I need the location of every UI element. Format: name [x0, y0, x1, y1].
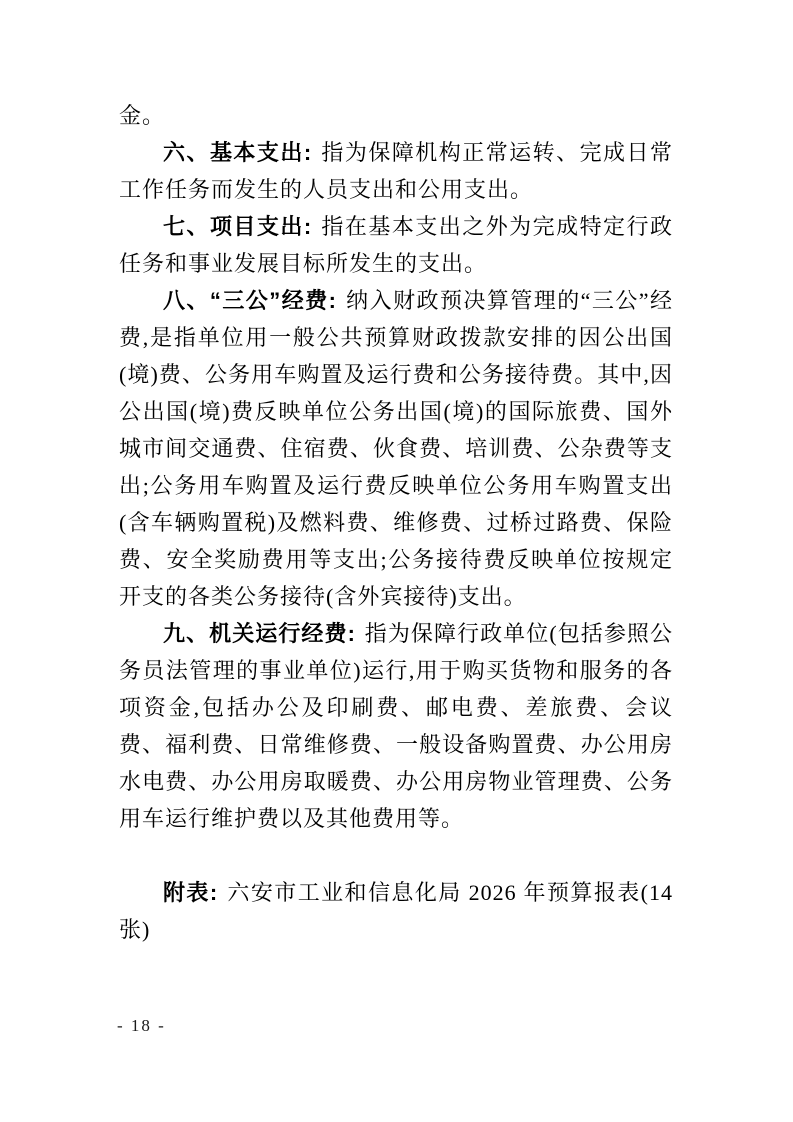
term-project-expenditure: 七、项目支出:	[163, 214, 312, 239]
term-agency-operating-funds: 九、机关运行经费:	[163, 621, 356, 646]
term-three-public-funds: 八、“三公”经费:	[163, 288, 337, 313]
definition-agency-operating-funds: 指为保障行政单位(包括参照公务员法管理的事业单位)运行,用于购买货物和服务的各项…	[119, 621, 673, 831]
attachment-label: 附表:	[163, 880, 218, 905]
paragraph-continuation: 金。	[119, 97, 673, 134]
attachment-note: 附表:六安市工业和信息化局 2026 年预算报表(14 张)	[119, 874, 673, 948]
term-basic-expenditure: 六、基本支出:	[163, 140, 312, 165]
paragraph-agency-operating-funds: 九、机关运行经费:指为保障行政单位(包括参照公务员法管理的事业单位)运行,用于购…	[119, 615, 673, 837]
paragraph-three-public-funds: 八、“三公”经费:纳入财政预决算管理的“三公”经费,是指单位用一般公共预算财政拨…	[119, 282, 673, 615]
paragraph-basic-expenditure: 六、基本支出:指为保障机构正常运转、完成日常工作任务而发生的人员支出和公用支出。	[119, 134, 673, 208]
paragraph-continuation-text: 金。	[119, 103, 165, 128]
page-number: - 18 -	[117, 1013, 166, 1039]
document-page: 金。 六、基本支出:指为保障机构正常运转、完成日常工作任务而发生的人员支出和公用…	[0, 0, 793, 1122]
paragraph-project-expenditure: 七、项目支出:指在基本支出之外为完成特定行政任务和事业发展目标所发生的支出。	[119, 208, 673, 282]
definition-three-public-funds: 纳入财政预决算管理的“三公”经费,是指单位用一般公共预算财政拨款安排的因公出国(…	[119, 288, 673, 609]
document-body: 金。 六、基本支出:指为保障机构正常运转、完成日常工作任务而发生的人员支出和公用…	[119, 97, 673, 948]
